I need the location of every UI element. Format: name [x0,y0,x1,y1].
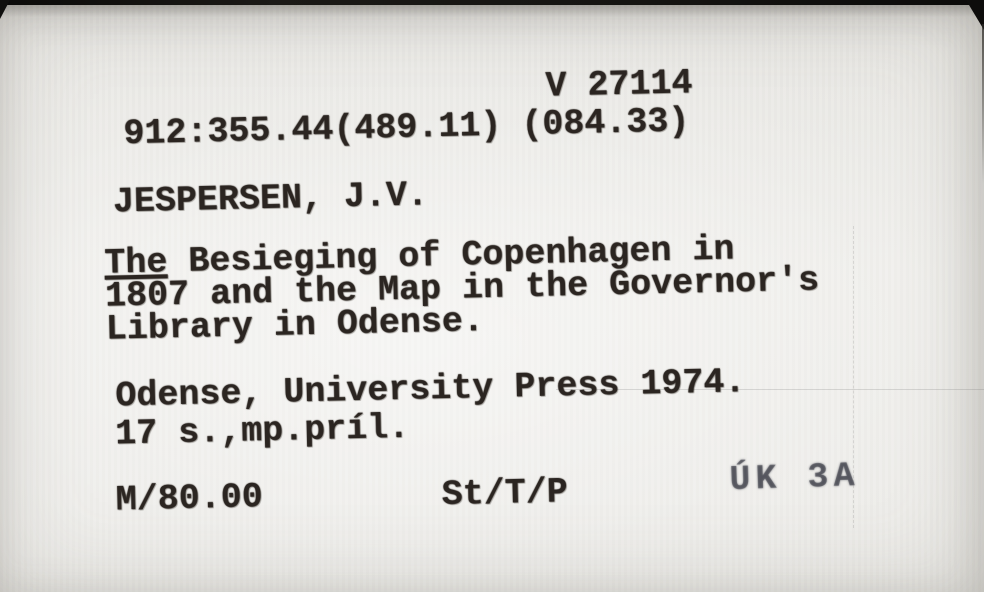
category-code: St/T/P [441,475,568,513]
imprint-statement: Odense, University Press 1974. [115,365,746,414]
price-code: M/80.00 [115,480,263,518]
library-stamp: ÚK 3A [729,459,860,498]
typewritten-text: V 27114 912:355.44(489.11) (084.33) JESP… [0,0,984,592]
accession-number: V 27114 [545,66,693,104]
scanned-catalog-card: V 27114 912:355.44(489.11) (084.33) JESP… [0,0,984,592]
author-heading: JESPERSEN, J.V. [113,178,429,220]
collation-statement: 17 s.,mp.príl. [115,411,410,453]
classification-number: 912:355.44(489.11) [123,109,502,153]
form-subdivision-number: (084.33) [521,104,690,143]
title-line-3: Library in Odense. [106,304,485,348]
